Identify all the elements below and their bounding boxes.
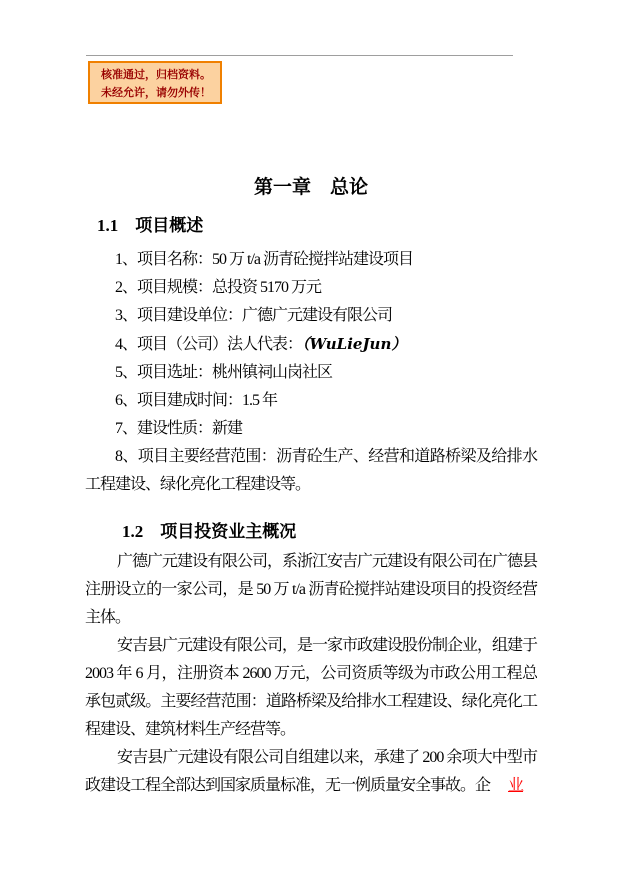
paragraph: 安吉县广元建设有限公司自组建以来，承建了 200 余项大中型市政建设工程全部达到… <box>85 744 537 800</box>
header-rule <box>86 55 513 56</box>
list-item: 1、项目名称：50 万 t/a 沥青砼搅拌站建设项目 <box>85 246 537 274</box>
list-item: 2、项目规模：总投资 5170 万元 <box>85 274 537 302</box>
stamp-line-2: 未经允许，请勿外传！ <box>101 84 220 102</box>
trailing-hyperlink[interactable]: 业 <box>508 777 523 794</box>
legal-rep-signature: （WuLieJun） <box>302 335 406 353</box>
list-item: 8、项目主要经营范围：沥青砼生产、经营和道路桥梁及给排水工程建设、绿化亮化工程建… <box>85 443 537 499</box>
document-page: 核准通过，归档资料。 未经允许，请勿外传！ 第一章 总论 1.1 项目概述 1、… <box>0 0 621 877</box>
project-overview-list: 1、项目名称：50 万 t/a 沥青砼搅拌站建设项目 2、项目规模：总投资 51… <box>85 246 537 499</box>
section-1-2-body: 广德广元建设有限公司，系浙江安吉广元建设有限公司在广德县注册设立的一家公司，是 … <box>85 548 537 800</box>
paragraph-text: 安吉县广元建设有限公司自组建以来，承建了 200 余项大中型市政建设工程全部达到… <box>85 749 537 794</box>
section-heading-1-2: 1.2 项目投资业主概况 <box>85 517 296 542</box>
paragraph: 安吉县广元建设有限公司，是一家市政建设股份制企业，组建于 2003 年 6 月，… <box>85 632 537 744</box>
section-heading-1-1: 1.1 项目概述 <box>97 211 203 236</box>
list-item: 7、建设性质：新建 <box>85 415 537 443</box>
list-item: 5、项目选址：桃州镇祠山岗社区 <box>85 359 537 387</box>
approval-stamp: 核准通过，归档资料。 未经允许，请勿外传！ <box>88 61 222 104</box>
list-item: 6、项目建成时间：1.5 年 <box>85 387 537 415</box>
list-item: 3、项目建设单位：广德广元建设有限公司 <box>85 302 537 330</box>
list-item: 4、项目（公司）法人代表：（WuLieJun） <box>85 330 537 359</box>
legal-rep-label: 4、项目（公司）法人代表： <box>115 336 302 353</box>
stamp-line-1: 核准通过，归档资料。 <box>101 66 220 84</box>
paragraph: 广德广元建设有限公司，系浙江安吉广元建设有限公司在广德县注册设立的一家公司，是 … <box>85 548 537 632</box>
chapter-title: 第一章 总论 <box>85 172 537 199</box>
